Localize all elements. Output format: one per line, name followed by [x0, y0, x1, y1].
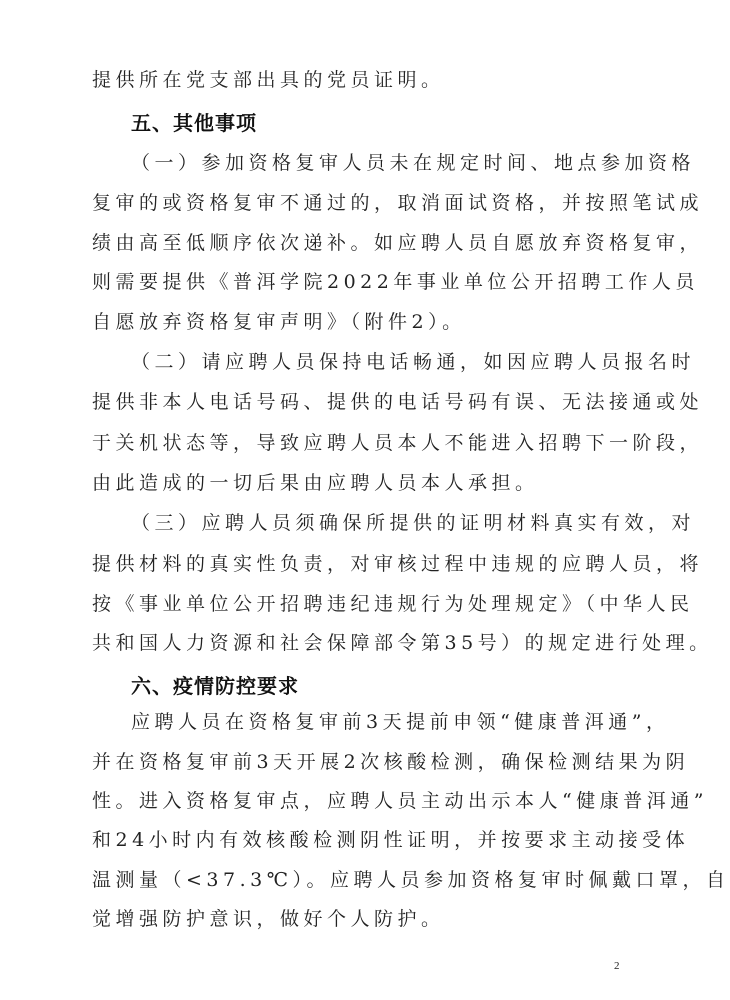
document-page: 提供所在党支部出具的党员证明。 五、其他事项 （一）参加资格复审人员未在规定时间… — [0, 0, 730, 1000]
paragraph-line: （三）应聘人员须确保所提供的证明材料真实有效，对 — [131, 511, 622, 535]
paragraph-line: 由此造成的一切后果由应聘人员本人承担。 — [92, 471, 622, 495]
section-heading-epidemic-control: 六、疫情防控要求 — [131, 674, 299, 698]
paragraph-line: 性。进入资格复审点，应聘人员主动出示本人“健康普洱通” — [92, 789, 622, 813]
paragraph-line: 则需要提供《普洱学院2022年事业单位公开招聘工作人员 — [92, 270, 622, 294]
paragraph-line: 觉增强防护意识，做好个人防护。 — [92, 907, 622, 931]
paragraph-line: （一）参加资格复审人员未在规定时间、地点参加资格 — [131, 151, 622, 175]
paragraph-line: 提供所在党支部出具的党员证明。 — [92, 68, 622, 92]
paragraph-line: 并在资格复审前3天开展2次核酸检测，确保检测结果为阴 — [92, 750, 622, 774]
paragraph-line: 提供非本人电话号码、提供的电话号码有误、无法接通或处 — [92, 390, 622, 414]
paragraph-line: 复审的或资格复审不通过的，取消面试资格，并按照笔试成 — [92, 191, 622, 215]
paragraph-line: 自愿放弃资格复审声明》（附件2）。 — [92, 310, 622, 334]
paragraph-line: 绩由高至低顺序依次递补。如应聘人员自愿放弃资格复审， — [92, 231, 622, 255]
page-number: 2 — [614, 960, 620, 972]
paragraph-line: 按《事业单位公开招聘违纪违规行为处理规定》（中华人民 — [92, 592, 622, 616]
paragraph-line: 温测量（<37.3℃）。应聘人员参加资格复审时佩戴口罩，自 — [92, 868, 622, 892]
paragraph-line: 于关机状态等，导致应聘人员本人不能进入招聘下一阶段， — [92, 431, 622, 455]
paragraph-line: 和24小时内有效核酸检测阴性证明，并按要求主动接受体 — [92, 828, 622, 852]
paragraph-line: 提供材料的真实性负责，对审核过程中违规的应聘人员，将 — [92, 552, 622, 576]
paragraph-line: 共和国人力资源和社会保障部令第35号）的规定进行处理。 — [92, 631, 622, 655]
paragraph-line: 应聘人员在资格复审前3天提前申领“健康普洱通”， — [131, 710, 622, 734]
section-heading-other-matters: 五、其他事项 — [131, 111, 257, 135]
paragraph-line: （二）请应聘人员保持电话畅通，如因应聘人员报名时 — [131, 350, 622, 374]
